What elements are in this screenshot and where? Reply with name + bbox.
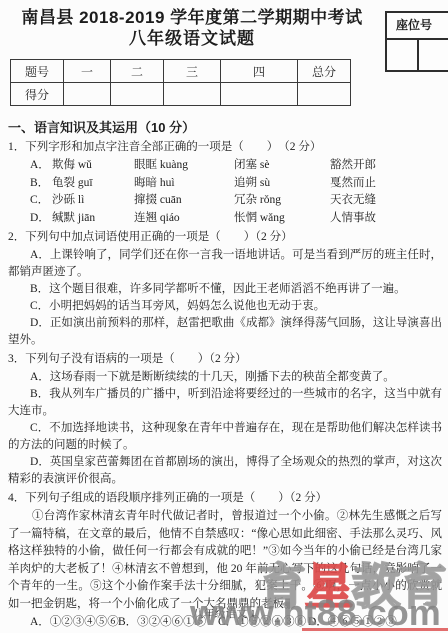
score-table-header-row: 题号 一 二 三 四 总分 xyxy=(11,60,351,83)
q1-item: 冗杂 rǒng xyxy=(234,192,330,210)
q3-option-d: D．英国皇家芭蕾舞团在首都剧场的演出，博得了全场观众的热烈的掌声，对这次精彩的表… xyxy=(8,454,442,488)
score-header-cell: 题号 xyxy=(11,60,64,83)
q4-stem: 4．下列句子组成的语段顺序排列正确的一项是（ ）（2 分） xyxy=(8,490,442,507)
q1-item: 怅惘 wǎng xyxy=(234,210,330,228)
section-1-heading: 一、语言知识及其运用（10 分） xyxy=(8,117,448,136)
q1-option-row-b: B． 龟裂 guī 晦暗 huì 追朔 sù 戛然而止 xyxy=(30,175,442,193)
q1-item: 撺掇 cuān xyxy=(134,192,234,210)
option-label: D． xyxy=(30,210,52,228)
q3-option-a: A．这场春雨一下就是断断续续的十几天，刚播下去的秧苗全都变黄了。 xyxy=(8,369,442,386)
score-header-cell: 二 xyxy=(111,60,164,83)
question-2: 2．下列句中加点词语使用正确的一项是（ ）（2 分） A．上课铃响了，同学们还在… xyxy=(8,229,442,349)
score-row-label: 得分 xyxy=(11,83,64,106)
q1-item: 追朔 sù xyxy=(234,175,330,193)
q3-option-c: C．不加选择地读书，这种现象在青年中普遍存在，现在是帮助他们解决怎样读书的方法的… xyxy=(8,420,442,454)
seat-number-box: 座位号 xyxy=(385,11,448,72)
score-cell-empty xyxy=(64,83,111,106)
seat-number-cell xyxy=(419,40,448,72)
q1-item: 欺侮 wǔ xyxy=(52,157,134,175)
q2-stem: 2．下列句中加点词语使用正确的一项是（ ）（2 分） xyxy=(8,229,442,246)
question-3: 3．下列句子没有语病的一项是（ ）（2 分） A．这场春雨一下就是断断续续的十几… xyxy=(8,351,442,488)
q1-item: 眼眶 kuàng xyxy=(134,157,234,175)
exam-subtitle: 八年级语文试题 xyxy=(0,28,384,50)
score-header-cell: 总分 xyxy=(298,60,351,83)
exam-title: 南昌县 2018-2019 学年度第二学期期中考试 xyxy=(0,7,384,28)
q2-option-b: B．这个题目很难，许多同学都听不懂，因此王老师滔滔不绝再讲了一遍。 xyxy=(8,281,442,298)
watermark-red-underline xyxy=(302,628,448,631)
score-header-cell: 一 xyxy=(64,60,111,83)
q1-option-row-a: A． 欺侮 wǔ 眼眶 kuàng 闭塞 sè 豁然开郎 xyxy=(30,157,442,175)
q1-item: 豁然开郎 xyxy=(330,157,442,175)
seat-number-cells xyxy=(387,40,448,72)
q1-item: 连翘 qiáo xyxy=(134,210,234,228)
q1-item: 龟裂 guī xyxy=(52,175,134,193)
score-cell-empty xyxy=(164,83,221,106)
q2-option-c: C．小明把妈妈的话当耳旁风，妈妈怎么说他也无动于衷。 xyxy=(8,298,442,315)
seat-number-cell xyxy=(387,40,419,72)
option-label: B． xyxy=(30,175,52,193)
exam-title-block: 南昌县 2018-2019 学年度第二学期期中考试 八年级语文试题 xyxy=(0,0,384,50)
q2-option-a: A．上课铃响了，同学们还在你一言我一语地讲话。可是当看到严厉的班主任时，都销声匿… xyxy=(8,247,442,281)
q1-item: 沙砾 lì xyxy=(52,192,134,210)
q1-item: 闭塞 sè xyxy=(234,157,330,175)
watermark-url: www.ht88.com xyxy=(190,592,441,633)
q1-item: 晦暗 huì xyxy=(134,175,234,193)
option-label: C． xyxy=(30,192,52,210)
q1-stem: 1．下列字形和加点字注音全部正确的一项是（ ） （2 分） xyxy=(8,139,442,156)
q1-option-row-c: C． 沙砾 lì 撺掇 cuān 冗杂 rǒng 天衣无缝 xyxy=(30,192,442,210)
q1-item: 缄默 jiān xyxy=(52,210,134,228)
q1-item: 戛然而止 xyxy=(330,175,442,193)
score-cell-empty xyxy=(111,83,164,106)
score-header-cell: 三 xyxy=(164,60,221,83)
score-cell-empty xyxy=(298,83,351,106)
q3-option-b: B．我从列车广播员的广播中，听到沿途将要经过的一些城市的名字，这当中就有大连市。 xyxy=(8,386,442,420)
q1-item: 人情事故 xyxy=(330,210,442,228)
score-header-cell: 四 xyxy=(221,60,298,83)
score-cell-empty xyxy=(221,83,298,106)
q3-stem: 3．下列句子没有语病的一项是（ ）（2 分） xyxy=(8,351,442,368)
exam-paper-page: 南昌县 2018-2019 学年度第二学期期中考试 八年级语文试题 座位号 题号… xyxy=(0,0,448,633)
q2-option-d: D．正如演出前预料的那样，赵雷把歌曲《成都》演绎得荡气回肠，这让导演喜出望外。 xyxy=(8,315,442,349)
question-1: 1．下列字形和加点字注音全部正确的一项是（ ） （2 分） A． 欺侮 wǔ 眼… xyxy=(8,139,442,227)
score-table-score-row: 得分 xyxy=(11,83,351,106)
score-table: 题号 一 二 三 四 总分 得分 xyxy=(10,59,351,106)
q1-item: 天衣无缝 xyxy=(330,192,442,210)
q1-option-row-d: D． 缄默 jiān 连翘 qiáo 怅惘 wǎng 人情事故 xyxy=(30,210,442,228)
option-label: A． xyxy=(30,157,52,175)
seat-number-label: 座位号 xyxy=(387,13,448,40)
